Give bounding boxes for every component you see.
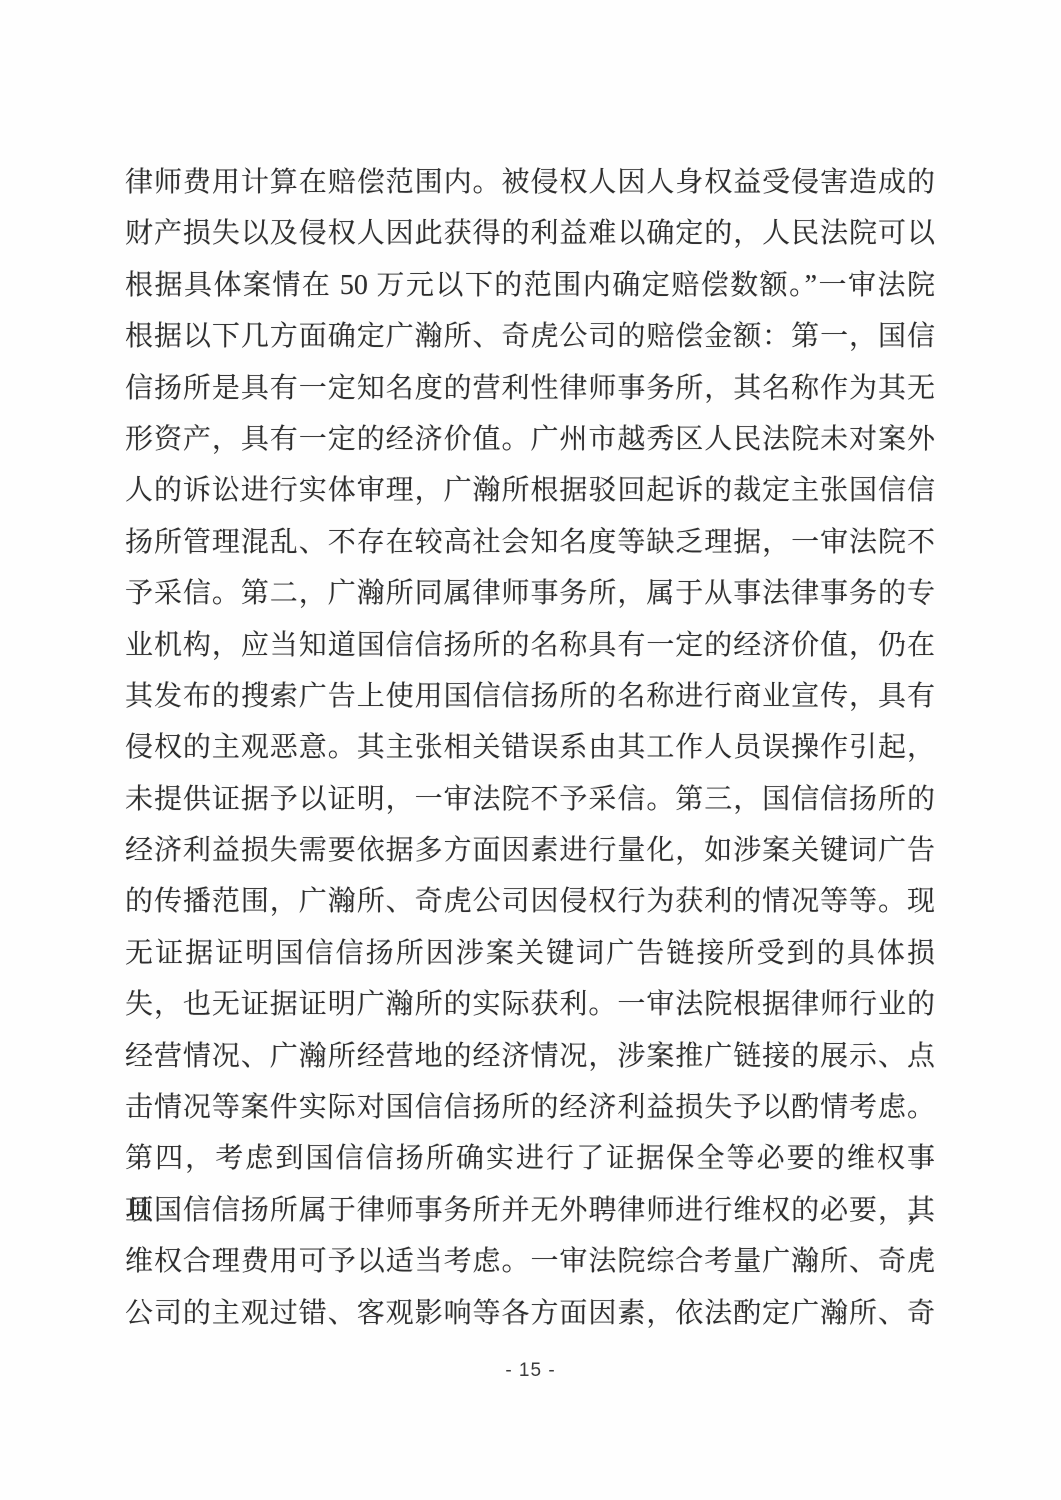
judgment-body-text: 律师费用计算在赔偿范围内。被侵权人因人身权益受侵害造成的财产损失以及侵权人因此获… — [125, 157, 935, 1339]
page-number: - 15 - — [0, 1360, 1061, 1382]
text-line: 维权合理费用可予以适当考虑。一审法院综合考量广瀚所、奇虎 — [125, 1236, 935, 1287]
text-line: 人的诉讼进行实体审理，广瀚所根据驳回起诉的裁定主张国信信 — [125, 465, 935, 516]
text-line: 未提供证据予以证明，一审法院不予采信。第三，国信信扬所的 — [125, 774, 935, 825]
text-line: 第四，考虑到国信信扬所确实进行了证据保全等必要的维权事项， — [125, 1133, 935, 1184]
text-line: 予采信。第二，广瀚所同属律师事务所，属于从事法律事务的专 — [125, 568, 935, 619]
text-line: 经济利益损失需要依据多方面因素进行量化，如涉案关键词广告 — [125, 825, 935, 876]
text-line: 根据以下几方面确定广瀚所、奇虎公司的赔偿金额：第一，国信 — [125, 311, 935, 362]
text-line: 形资产，具有一定的经济价值。广州市越秀区人民法院未对案外 — [125, 414, 935, 465]
document-page: 律师费用计算在赔偿范围内。被侵权人因人身权益受侵害造成的财产损失以及侵权人因此获… — [0, 0, 1061, 1500]
text-line: 根据具体案情在 50 万元以下的范围内确定赔偿数额。”一审法院 — [125, 260, 935, 311]
text-line: 其发布的搜索广告上使用国信信扬所的名称进行商业宣传，具有 — [125, 671, 935, 722]
text-line: 业机构，应当知道国信信扬所的名称具有一定的经济价值，仍在 — [125, 620, 935, 671]
text-line: 击情况等案件实际对国信信扬所的经济利益损失予以酌情考虑。 — [125, 1082, 935, 1133]
text-line: 经营情况、广瀚所经营地的经济情况，涉案推广链接的展示、点 — [125, 1031, 935, 1082]
text-line: 律师费用计算在赔偿范围内。被侵权人因人身权益受侵害造成的 — [125, 157, 935, 208]
text-line: 且国信信扬所属于律师事务所并无外聘律师进行维权的必要，其 — [125, 1185, 935, 1236]
text-line: 财产损失以及侵权人因此获得的利益难以确定的，人民法院可以 — [125, 208, 935, 259]
text-line: 无证据证明国信信扬所因涉案关键词广告链接所受到的具体损 — [125, 928, 935, 979]
text-line: 侵权的主观恶意。其主张相关错误系由其工作人员误操作引起， — [125, 722, 935, 773]
text-line: 扬所管理混乱、不存在较高社会知名度等缺乏理据，一审法院不 — [125, 517, 935, 568]
text-line: 失，也无证据证明广瀚所的实际获利。一审法院根据律师行业的 — [125, 979, 935, 1030]
text-line: 信扬所是具有一定知名度的营利性律师事务所，其名称作为其无 — [125, 363, 935, 414]
text-line: 公司的主观过错、客观影响等各方面因素，依法酌定广瀚所、奇 — [125, 1288, 935, 1339]
text-line: 的传播范围，广瀚所、奇虎公司因侵权行为获利的情况等等。现 — [125, 876, 935, 927]
